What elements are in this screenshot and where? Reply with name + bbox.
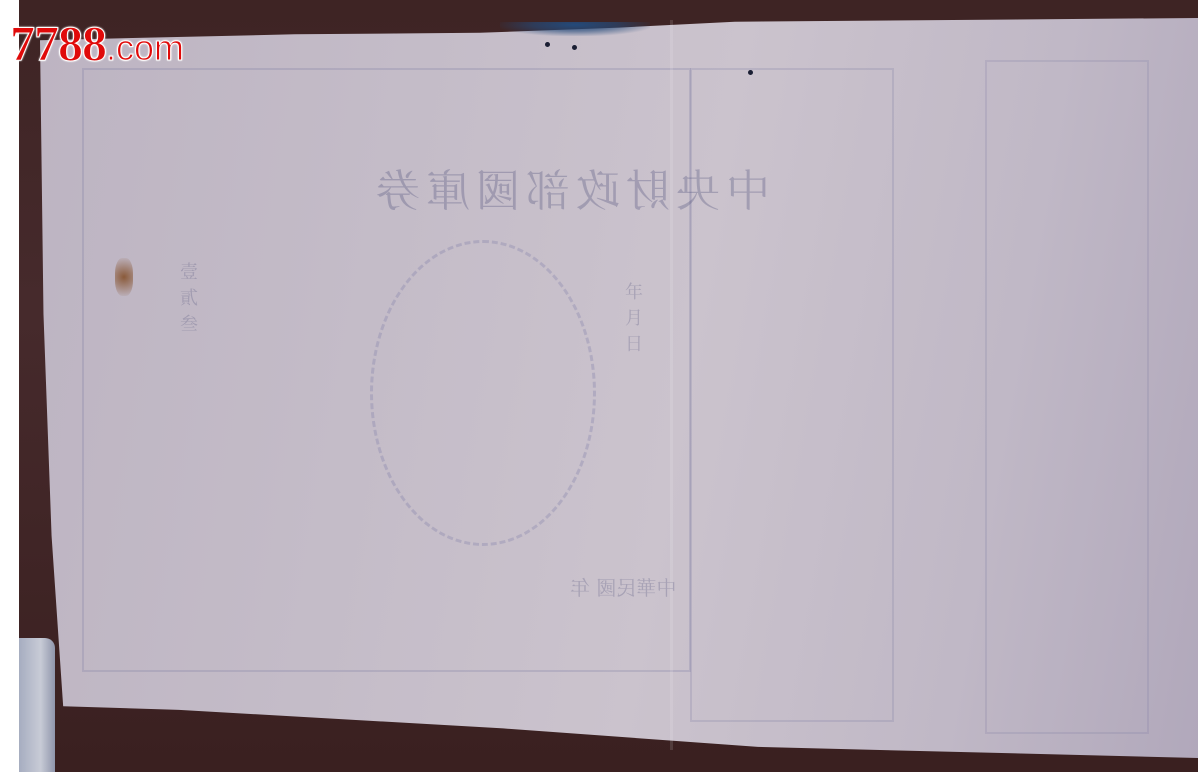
mirrored-title-show-through: 中央財政部國庫券 bbox=[230, 155, 770, 215]
mirrored-bottom-date-text: 中華民國 年 bbox=[570, 572, 676, 601]
watermark-domain: .com bbox=[106, 27, 184, 68]
site-watermark: 7788.com bbox=[10, 14, 184, 72]
mirrored-middle-column-text: 年 月 日 bbox=[625, 280, 645, 358]
watermark-number: 7788 bbox=[10, 15, 106, 71]
ink-speck bbox=[572, 45, 577, 50]
ink-speck bbox=[545, 42, 550, 47]
printed-border-right-stub bbox=[985, 60, 1149, 734]
plastic-sleeve-corner bbox=[19, 638, 55, 772]
left-white-border bbox=[0, 0, 19, 772]
ornamental-seal-show-through bbox=[370, 240, 596, 546]
rust-stain bbox=[115, 258, 133, 296]
blue-ink-stain-top-edge bbox=[500, 22, 650, 36]
mirrored-left-column-text: 壹 貳 叁 bbox=[180, 260, 200, 338]
paper-fold-line bbox=[670, 20, 673, 750]
